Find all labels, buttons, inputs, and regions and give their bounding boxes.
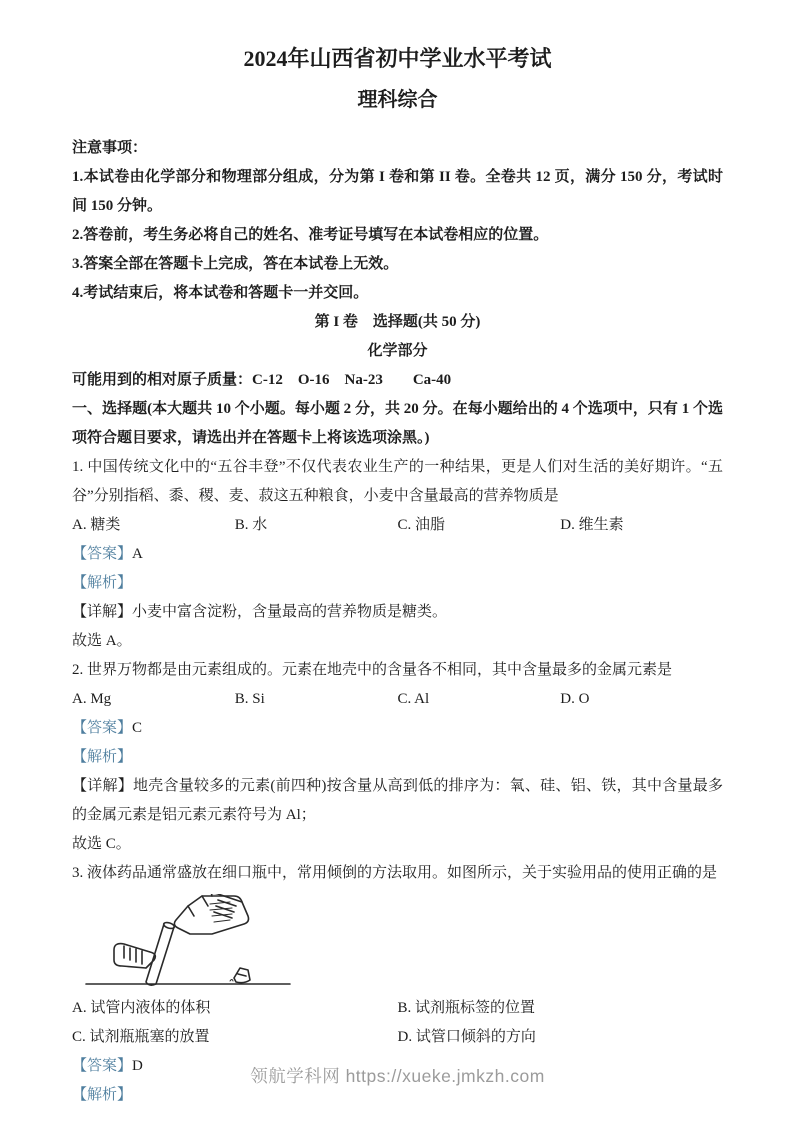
question-3-text: 3. 液体药品通常盛放在细口瓶中，常用倾倒的方法取用。如图所示，关于实验用品的使…: [72, 859, 723, 888]
question-2-detail-line: 【详解】地壳含量较多的元素(前四种)按含量从高到低的排序为：氧、硅、铝、铁，其中…: [72, 772, 723, 830]
multiple-choice-instruction: 一、选择题(本大题共 10 个小题。每小题 2 分，共 20 分。在每小题给出的…: [72, 395, 723, 453]
notice-item-2: 2.答卷前，考生务必将自己的姓名、准考证号填写在本试卷相应的位置。: [72, 221, 723, 250]
option-a: A. 试管内液体的体积: [72, 994, 398, 1023]
exam-paper-page: 2024年山西省初中学业水平考试 理科综合 注意事项： 1.本试卷由化学部分和物…: [0, 0, 795, 1125]
option-a: A. 糖类: [72, 511, 235, 540]
test-tube: [146, 924, 174, 985]
question-2-options: A. Mg B. Si C. Al D. O: [72, 685, 723, 714]
detail-label: 【详解】: [72, 604, 132, 620]
analysis-label: 【解析】: [72, 749, 132, 765]
analysis-label: 【解析】: [72, 1087, 132, 1103]
notices-heading: 注意事项：: [72, 134, 723, 163]
bottle-stopper: [234, 968, 250, 983]
question-3-options-row-1: A. 试管内液体的体积 B. 试剂瓶标签的位置: [72, 994, 723, 1023]
detail-text: 小麦中富含淀粉，含量最高的营养物质是糖类。: [132, 604, 447, 620]
notice-item-1: 1.本试卷由化学部分和物理部分组成，分为第 I 卷和第 II 卷。全卷共 12 …: [72, 163, 723, 221]
option-c: C. 油脂: [398, 511, 561, 540]
notice-item-3: 3.答案全部在答题卡上完成，答在本试卷上无效。: [72, 250, 723, 279]
question-3-options-row-2: C. 试剂瓶瓶塞的放置 D. 试管口倾斜的方向: [72, 1023, 723, 1052]
reagent-bottle: [174, 896, 248, 934]
option-b: B. 水: [235, 511, 398, 540]
question-2-answer-line: 【答案】C: [72, 714, 723, 743]
option-d: D. 试管口倾斜的方向: [398, 1023, 724, 1052]
question-1-conclusion: 故选 A。: [72, 627, 723, 656]
page-title: 2024年山西省初中学业水平考试: [72, 44, 723, 74]
answer-value: A: [132, 546, 143, 562]
option-b: B. 试剂瓶标签的位置: [398, 994, 724, 1023]
answer-value: D: [132, 1058, 143, 1074]
question-1-options: A. 糖类 B. 水 C. 油脂 D. 维生素: [72, 511, 723, 540]
detail-text: 地壳含量较多的元素(前四种)按含量从高到低的排序为：氧、硅、铝、铁，其中含量最多…: [72, 778, 723, 823]
option-d: D. O: [560, 685, 723, 714]
answer-label: 【答案】: [72, 720, 132, 736]
option-b: B. Si: [235, 685, 398, 714]
answer-value: C: [132, 720, 142, 736]
question-2-text: 2. 世界万物都是由元素组成的。元素在地壳中的含量各不相同，其中含量最多的金属元…: [72, 656, 723, 685]
answer-label: 【答案】: [72, 546, 132, 562]
volume-heading: 第 I 卷 选择题(共 50 分): [72, 308, 723, 337]
question-1-answer-line: 【答案】A: [72, 540, 723, 569]
part-heading: 化学部分: [72, 337, 723, 366]
question-1-analysis-line: 【解析】: [72, 569, 723, 598]
atomic-mass-line: 可能用到的相对原子质量：C-12 O-16 Na-23 Ca-40: [72, 366, 723, 395]
option-a: A. Mg: [72, 685, 235, 714]
option-d: D. 维生素: [560, 511, 723, 540]
analysis-label: 【解析】: [72, 575, 132, 591]
document-body: 注意事项： 1.本试卷由化学部分和物理部分组成，分为第 I 卷和第 II 卷。全…: [72, 134, 723, 1110]
left-hand: [114, 944, 155, 968]
question-2-analysis-line: 【解析】: [72, 743, 723, 772]
page-subtitle: 理科综合: [72, 87, 723, 113]
question-2-conclusion: 故选 C。: [72, 830, 723, 859]
option-c: C. 试剂瓶瓶塞的放置: [72, 1023, 398, 1052]
answer-label: 【答案】: [72, 1058, 132, 1074]
question-1-text: 1. 中国传统文化中的“五谷丰登”不仅代表农业生产的一种结果，更是人们对生活的美…: [72, 453, 723, 511]
site-watermark: 领航学科网 https://xueke.jmkzh.com: [250, 1063, 545, 1088]
detail-label: 【详解】: [72, 778, 133, 794]
drip-mark: [230, 980, 233, 982]
question-1-detail-line: 【详解】小麦中富含淀粉，含量最高的营养物质是糖类。: [72, 598, 723, 627]
option-c: C. Al: [398, 685, 561, 714]
notice-item-4: 4.考试结束后，将本试卷和答题卡一并交回。: [72, 279, 723, 308]
test-tube-mouth: [163, 921, 175, 929]
pouring-experiment-illustration: [84, 894, 723, 990]
